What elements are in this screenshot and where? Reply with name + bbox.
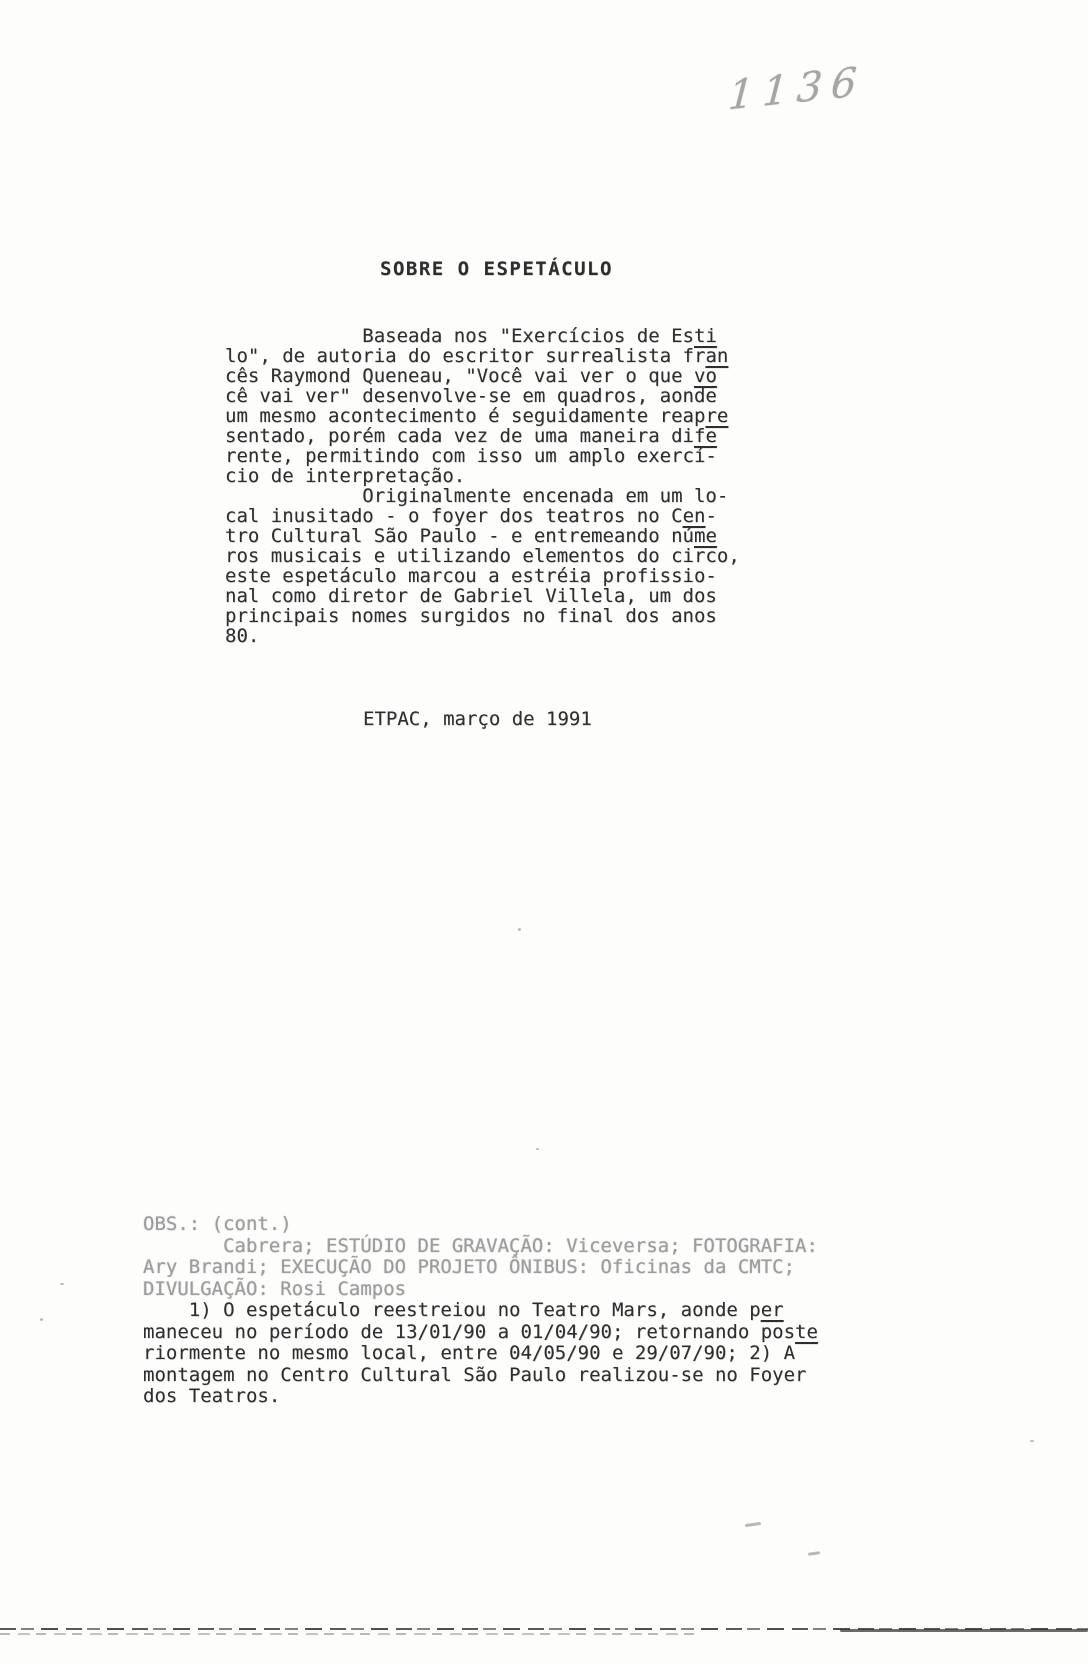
paragraph-line: nal como diretor de Gabriel Villela, um … <box>225 586 740 606</box>
paragraph-line: rente, permitindo com isso um amplo exer… <box>225 446 740 466</box>
scan-speck <box>60 1283 64 1285</box>
obs-line: OBS.: (cont.) <box>143 1214 818 1236</box>
paragraph-line: 80. <box>225 626 740 646</box>
obs-line: Ary Brandi; EXECUÇÃO DO PROJETO ÔNIBUS: … <box>143 1257 818 1279</box>
paragraph-line: Baseada nos "Exercícios de Esti <box>225 326 740 346</box>
obs-line: montagem no Centro Cultural São Paulo re… <box>143 1365 818 1387</box>
obs-line: dos Teatros. <box>143 1386 818 1408</box>
obs-line: 1) O espetáculo reestreiou no Teatro Mar… <box>143 1300 818 1322</box>
obs-line: Cabrera; ESTÚDIO DE GRAVAÇÃO: Viceversa;… <box>143 1236 818 1258</box>
scan-speck <box>40 1318 43 1321</box>
paragraph-line: um mesmo acontecimento é seguidamente re… <box>225 406 740 426</box>
paragraph-line: cal inusitado - o foyer dos teatros no C… <box>225 506 740 526</box>
paragraph-line: cio de interpretação. <box>225 466 740 486</box>
scan-bottom-edge-faint <box>0 1633 700 1635</box>
scan-speck <box>1030 1440 1034 1442</box>
scan-smudge <box>808 1551 820 1556</box>
obs-line: riormente no mesmo local, entre 04/05/90… <box>143 1343 818 1365</box>
paragraph-line: sentado, porém cada vez de uma maneira d… <box>225 426 740 446</box>
paragraph-line: cê vai ver" desenvolve-se em quadros, ao… <box>225 386 740 406</box>
paragraph-line: cês Raymond Queneau, "Você vai ver o que… <box>225 366 740 386</box>
paragraph-line: tro Cultural São Paulo - e entremeando n… <box>225 526 740 546</box>
document-page: 1136 SOBRE O ESPETÁCULO Baseada nos "Exe… <box>0 0 1088 1664</box>
handwritten-page-number: 1136 <box>727 59 867 120</box>
paragraph-line: ros musicais e utilizando elementos do c… <box>225 546 740 566</box>
scan-bottom-edge-right <box>840 1629 1088 1632</box>
date-signature-line: ETPAC, março de 1991 <box>363 708 592 730</box>
paragraph-line: lo", de autoria do escritor surrealista … <box>225 346 740 366</box>
document-title: SOBRE O ESPETÁCULO <box>380 258 613 280</box>
scan-speck <box>518 928 521 931</box>
scan-speck <box>536 1148 539 1150</box>
about-paragraph: Baseada nos "Exercícios de Estilo", de a… <box>225 326 740 646</box>
paragraph-line: este espetáculo marcou a estréia profiss… <box>225 566 740 586</box>
paragraph-line: principais nomes surgidos no final dos a… <box>225 606 740 626</box>
obs-line: maneceu no período de 13/01/90 a 01/04/9… <box>143 1322 818 1344</box>
scan-smudge <box>745 1522 761 1527</box>
obs-line: DIVULGAÇÃO: Rosi Campos <box>143 1279 818 1301</box>
paragraph-line: Originalmente encenada em um lo- <box>225 486 740 506</box>
obs-footnote-section: OBS.: (cont.) Cabrera; ESTÚDIO DE GRAVAÇ… <box>143 1214 818 1408</box>
